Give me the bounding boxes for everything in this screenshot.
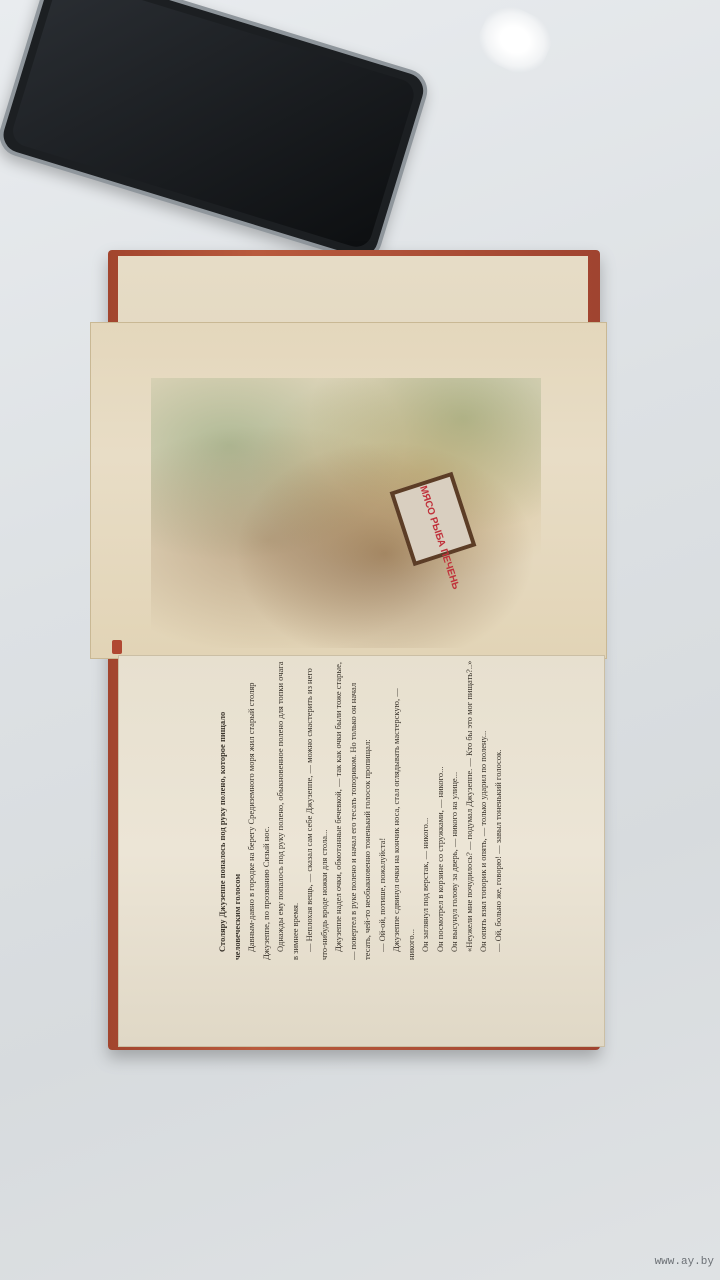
sign-text: МЯСО РЫБА ПЕЧЕНЬ (417, 484, 445, 543)
smartphone (0, 0, 433, 266)
paragraph: Он опять взял топорик и опять, — только … (476, 660, 491, 960)
paragraph: «Неужели мне почудилось? — подумал Джузе… (462, 660, 477, 960)
paragraph: Однажды ему попалось под руку полено, об… (273, 660, 302, 960)
paragraph: Он заглянул под верстак, — никого... (418, 660, 433, 960)
paragraph: Джузеппе сдвинул очки на кончик носа, ст… (389, 660, 418, 960)
paragraph: Он высунул голову за дверь, — никого на … (447, 660, 462, 960)
chapter-lead: Столяру Джузеппе попалось под руку полен… (215, 660, 244, 960)
paragraph: Давным-давно в городке на берегу Средизе… (244, 660, 273, 960)
paragraph: — Ой, больно же, говорю! — завыл тоненьк… (491, 660, 506, 960)
illustration (151, 378, 541, 648)
paragraph: — Неплохая вещь, — сказал сам себе Джузе… (302, 660, 331, 960)
paragraph: — Ой-ой, потише, пожалуйста! (375, 660, 390, 960)
page-text: Столяру Джузеппе попалось под руку полен… (215, 660, 495, 960)
paragraph: Джузеппе надел очки, обмотанные бечевкой… (331, 660, 375, 960)
bookmark-thread (112, 640, 122, 654)
plastic-wrapper (471, 0, 560, 82)
watermark: www.ay.by (655, 1256, 714, 1268)
illustrated-page (90, 322, 607, 659)
paragraph: Он посмотрел в корзине со стружками, — н… (433, 660, 448, 960)
